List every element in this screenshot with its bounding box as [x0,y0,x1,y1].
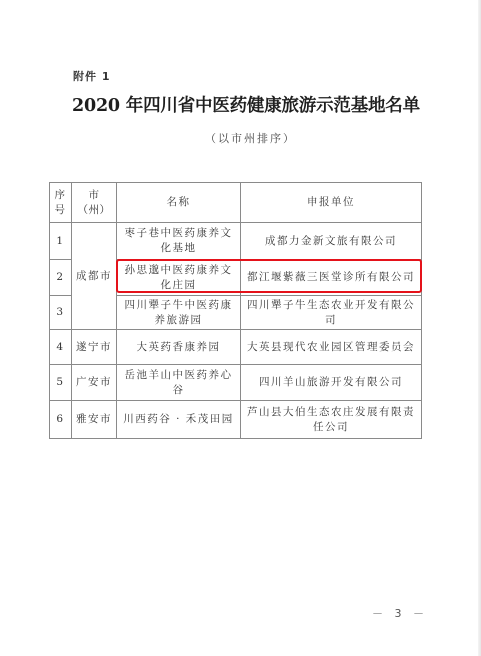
row-name: 川西药谷 · 禾茂田园 [117,401,241,439]
table-row: 4 遂宁市 大英药香康养园 大英县现代农业园区管理委员会 [50,330,422,365]
row-unit: 成都力金新文旅有限公司 [241,223,422,260]
row-name: 枣子巷中医药康养文化基地 [117,223,241,260]
row-no: 3 [50,296,72,330]
row-no: 6 [50,401,72,439]
header-unit: 申报单位 [241,183,422,223]
demonstration-base-table: 序 号 市（州） 名称 申报单位 1 成都市 枣子巷中医药康养文化基地 成都力金… [49,182,422,439]
row-unit: 大英县现代农业园区管理委员会 [241,330,422,365]
table-row: 1 成都市 枣子巷中医药康养文化基地 成都力金新文旅有限公司 [50,223,422,260]
row-name: 四川犟子牛中医药康养旅游园 [117,296,241,330]
row-unit: 四川羊山旅游开发有限公司 [241,365,422,401]
table-header-row: 序 号 市（州） 名称 申报单位 [50,183,422,223]
table-row: 6 雅安市 川西药谷 · 禾茂田园 芦山县大伯生态农庄发展有限责任公司 [50,401,422,439]
row-unit: 都江堰紫薇三医堂诊所有限公司 [241,260,422,296]
row-name: 孙思邈中医药康养文化庄园 [117,260,241,296]
row-name: 大英药香康养园 [117,330,241,365]
page-number: － 3 － [372,605,428,621]
document-subtitle: （以市州排序） [0,130,481,146]
table-row: 5 广安市 岳池羊山中医药养心谷 四川羊山旅游开发有限公司 [50,365,422,401]
header-no-line1: 序 [55,189,67,201]
header-city: 市（州） [72,183,117,223]
attachment-label: 附件 1 [73,68,110,84]
row-city: 雅安市 [72,401,117,439]
header-no: 序 号 [50,183,72,223]
row-no: 2 [50,260,72,296]
row-name: 岳池羊山中医药养心谷 [117,365,241,401]
row-no: 4 [50,330,72,365]
row-unit: 芦山县大伯生态农庄发展有限责任公司 [241,401,422,439]
header-no-line2: 号 [55,204,67,216]
document-title: 2020 年四川省中医药健康旅游示范基地名单 [72,92,412,117]
row-city: 广安市 [72,365,117,401]
row-no: 5 [50,365,72,401]
row-city: 遂宁市 [72,330,117,365]
row-city: 成都市 [72,223,117,330]
row-unit: 四川犟子牛生态农业开发有限公司 [241,296,422,330]
header-name: 名称 [117,183,241,223]
row-no: 1 [50,223,72,260]
